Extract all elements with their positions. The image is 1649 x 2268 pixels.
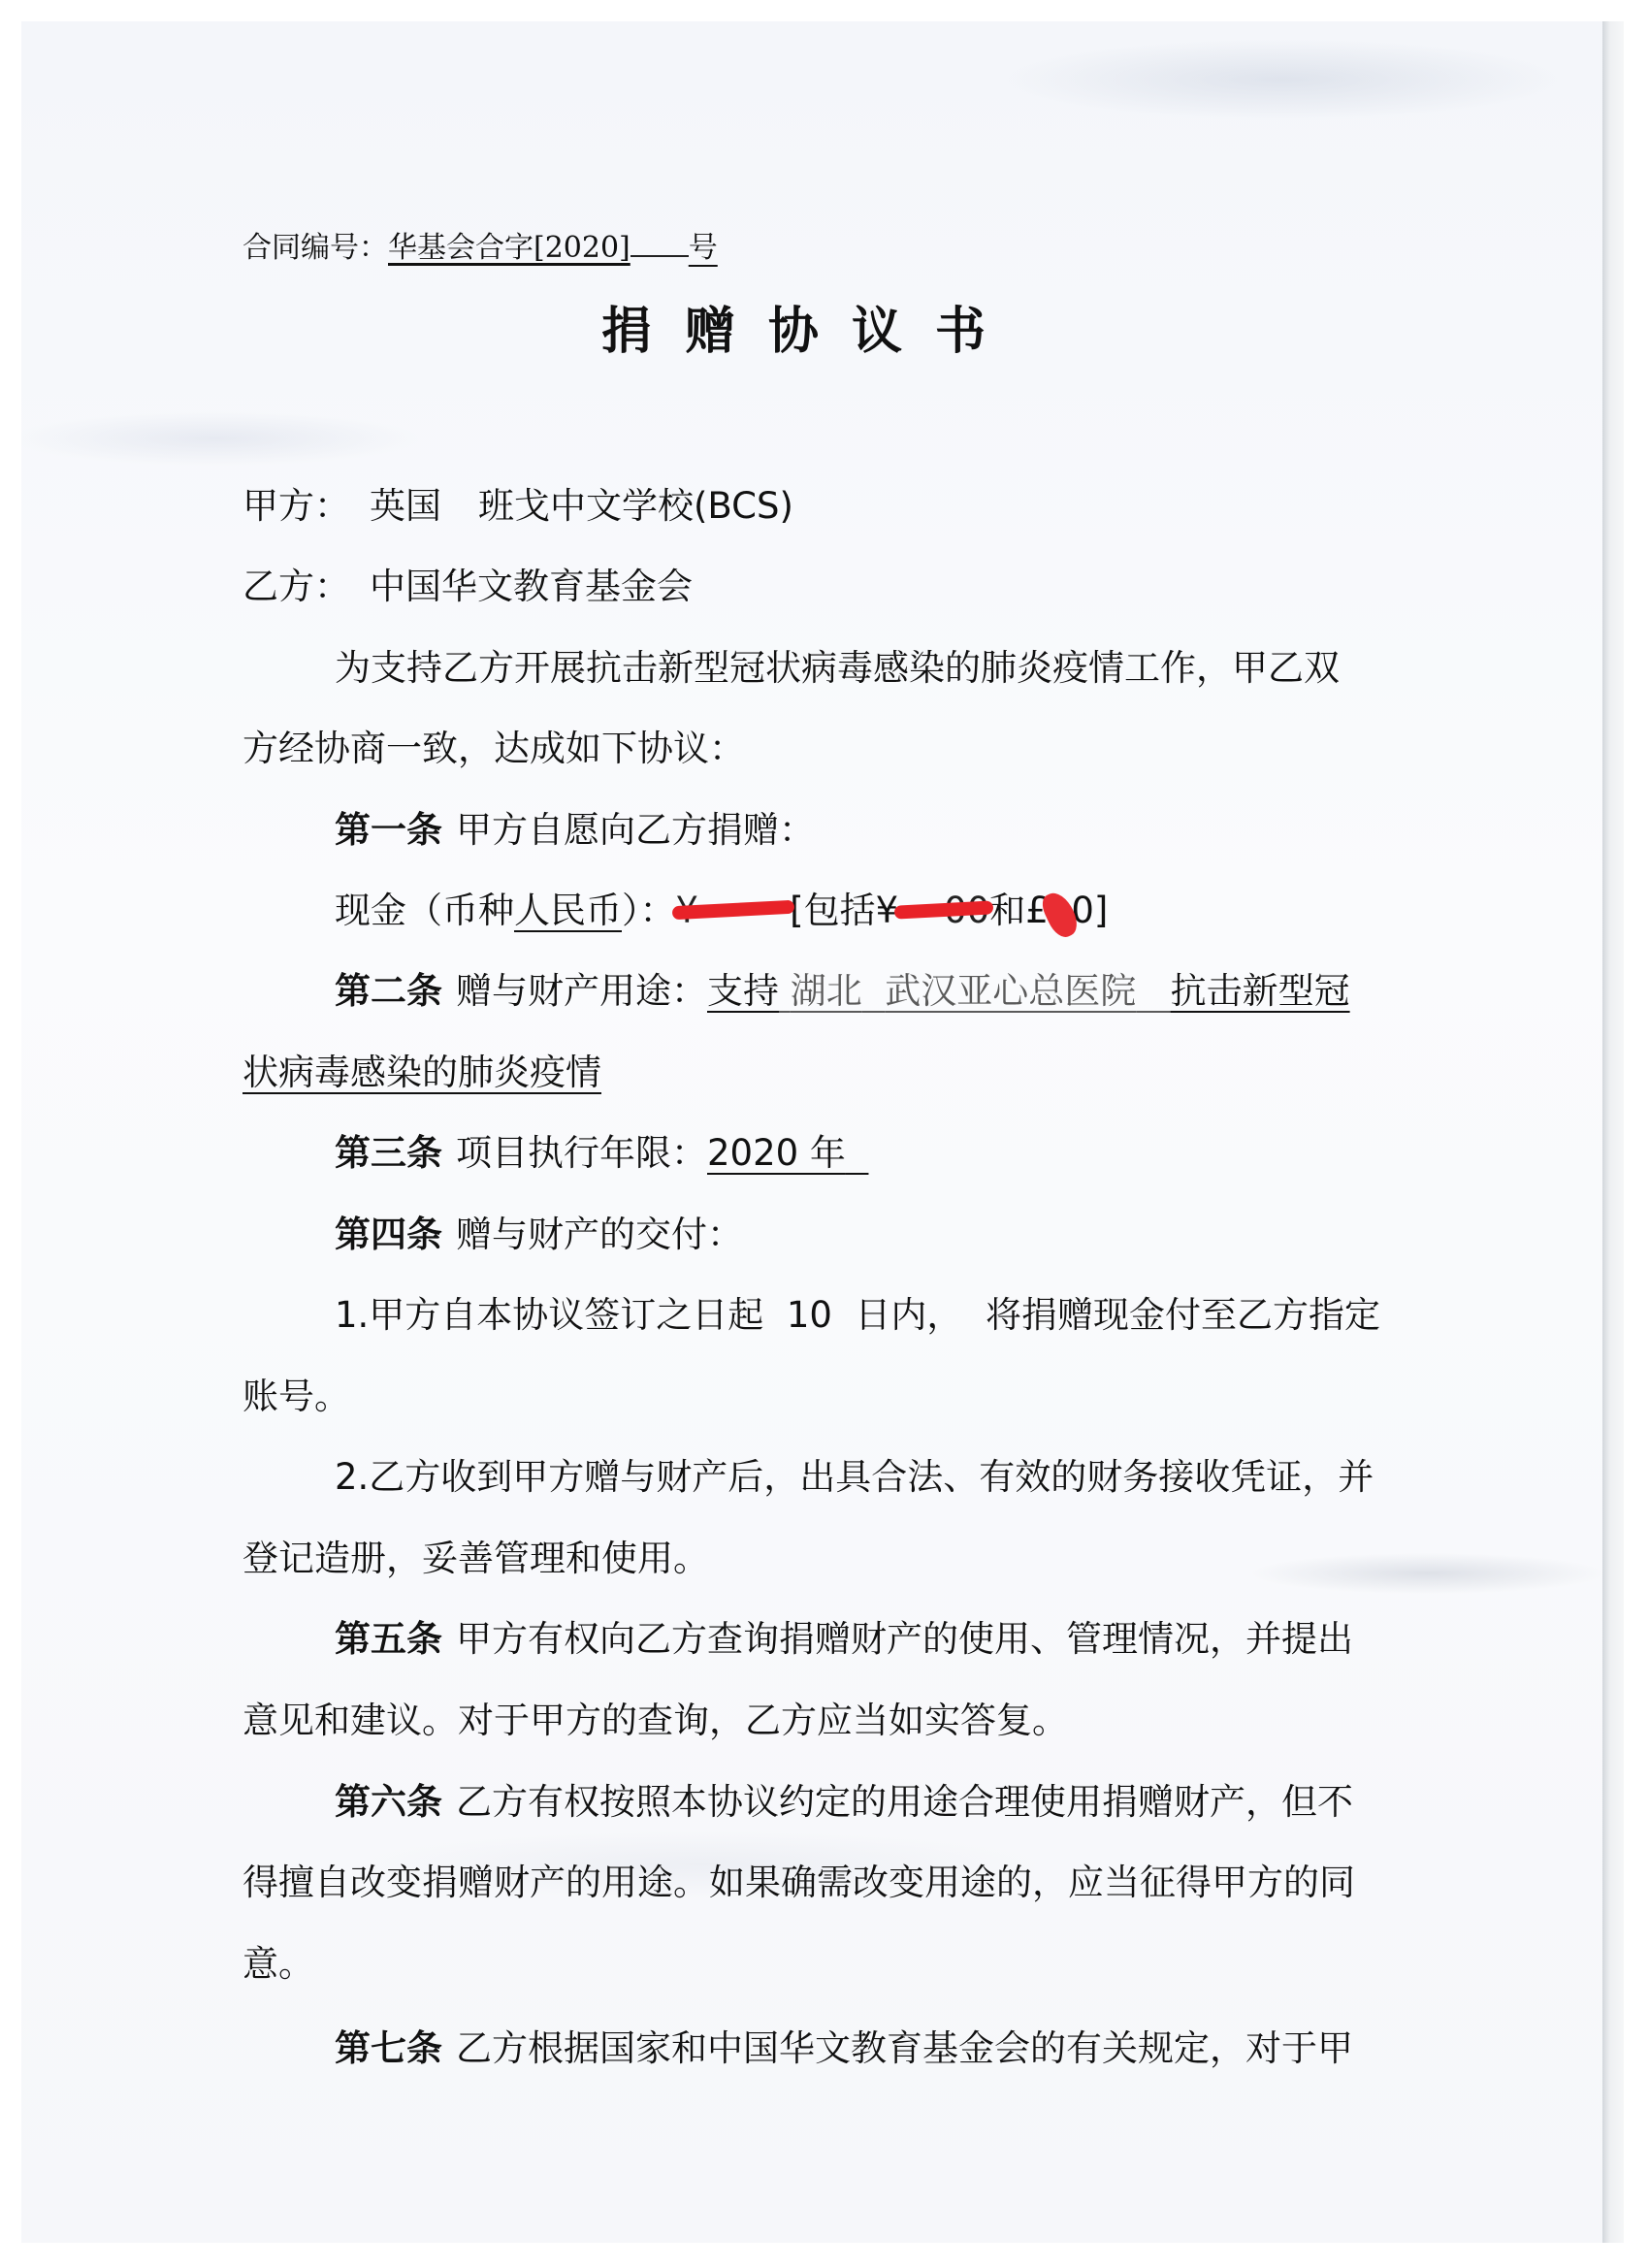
article-1: 第一条甲方自愿向乙方捐赠： xyxy=(335,809,815,852)
scan-edge-shadow xyxy=(1602,21,1624,2243)
purpose-line-2: 状病毒感染的肺炎疫情 xyxy=(242,1052,601,1093)
cash-close: ] xyxy=(1094,890,1108,931)
article-3-text: 项目执行年限： xyxy=(456,1132,707,1174)
party-a-name: 班戈中文学校(BCS) xyxy=(478,485,793,527)
intro-line-2: 方经协商一致，达成如下协议： xyxy=(242,728,745,770)
article-1-text: 甲方自愿向乙方捐赠： xyxy=(456,809,815,851)
article-1-cash-line: 现金（币种人民币）：¥ [包括¥ 00和£ 0] xyxy=(335,890,1108,932)
article-5-heading: 第五条 xyxy=(335,1618,442,1660)
article-6-heading: 第六条 xyxy=(335,1781,442,1823)
party-a-label: 甲方： xyxy=(242,485,350,527)
article-2-text: 赠与财产用途： xyxy=(456,970,707,1012)
cash-and: 和£ xyxy=(989,890,1049,931)
cash-prefix: 现金（币种 xyxy=(335,890,514,931)
party-b-name: 中国华文教育基金会 xyxy=(370,566,693,607)
article-2-line-2: 状病毒感染的肺炎疫情 xyxy=(242,1052,601,1094)
execution-year: 2020 年 xyxy=(707,1132,846,1174)
intro-line-1: 为支持乙方开展抗击新型冠状病毒感染的肺炎疫情工作，甲乙双 xyxy=(335,647,1340,690)
contract-number: 合同编号：华基会合字[2020]号 xyxy=(242,231,718,266)
article-5-line-2: 意见和建议。对于甲方的查询，乙方应当如实答复。 xyxy=(242,1700,1068,1742)
purpose-part-1: 支持 xyxy=(707,970,779,1012)
article-1-heading: 第一条 xyxy=(335,809,442,851)
article-4-heading: 第四条 xyxy=(335,1214,442,1255)
article-4: 第四条赠与财产的交付： xyxy=(335,1214,743,1256)
contract-number-blank xyxy=(630,254,689,257)
article-6-line-3: 意。 xyxy=(242,1943,314,1986)
redacted-total-amount: ¥ xyxy=(676,890,791,932)
article-5-line-1: 甲方有权向乙方查询捐赠财产的使用、管理情况，并提出 xyxy=(456,1618,1353,1660)
redacted-rmb-amount: 00 xyxy=(898,890,989,932)
redacted-gbp-amount xyxy=(1049,890,1072,932)
article-3-heading: 第三条 xyxy=(335,1132,442,1174)
article-2: 第二条赠与财产用途：支持 湖北 武汉亚心总医院 抗击新型冠 xyxy=(335,970,1350,1013)
article-7: 第七条乙方根据国家和中国华文教育基金会的有关规定，对于甲 xyxy=(335,2027,1353,2070)
article-3: 第三条项目执行年限：2020 年 xyxy=(335,1132,868,1175)
party-b-label: 乙方： xyxy=(242,566,350,607)
article-6-line-2: 得擅自改变捐赠财产的用途。如果确需改变用途的，应当征得甲方的同 xyxy=(242,1862,1355,1904)
party-b: 乙方：中国华文教育基金会 xyxy=(242,566,693,608)
cash-includes: [包括¥ xyxy=(790,890,898,931)
contract-number-value: 华基会合字[2020] xyxy=(388,231,630,265)
article-4-item-2-line-1: 2.乙方收到甲方赠与财产后，出具合法、有效的财务接收凭证，并 xyxy=(335,1456,1374,1499)
article-6-line-1: 乙方有权按照本协议约定的用途合理使用捐赠财产，但不 xyxy=(456,1781,1353,1823)
article-4-item-2-line-2: 登记造册，妥善管理和使用。 xyxy=(242,1538,709,1580)
party-a-country: 英国 xyxy=(370,485,441,527)
article-4-item-1-line-2: 账号。 xyxy=(242,1376,350,1418)
article-6: 第六条乙方有权按照本协议约定的用途合理使用捐赠财产，但不 xyxy=(335,1781,1353,1824)
article-7-heading: 第七条 xyxy=(335,2027,442,2069)
document-title: 捐赠协议书 xyxy=(601,303,1018,361)
article-5: 第五条甲方有权向乙方查询捐赠财产的使用、管理情况，并提出 xyxy=(335,1618,1353,1661)
article-7-line-1: 乙方根据国家和中国华文教育基金会的有关规定，对于甲 xyxy=(456,2027,1353,2069)
contract-number-label: 合同编号： xyxy=(242,231,388,265)
cash-suffix: ）： xyxy=(622,890,676,931)
party-a: 甲方：英国班戈中文学校(BCS) xyxy=(242,485,793,528)
article-2-heading: 第二条 xyxy=(335,970,442,1012)
article-4-text: 赠与财产的交付： xyxy=(456,1214,743,1255)
contract-number-suffix: 号 xyxy=(689,231,718,265)
cash-currency: 人民币 xyxy=(514,890,622,931)
purpose-location: 湖北 武汉亚心总医院 xyxy=(779,970,1171,1012)
article-4-item-1-line-1: 1.甲方自本协议签订之日起 10 日内， 将捐赠现金付至乙方指定 xyxy=(335,1294,1380,1337)
purpose-part-2: 抗击新型冠 xyxy=(1171,970,1350,1012)
